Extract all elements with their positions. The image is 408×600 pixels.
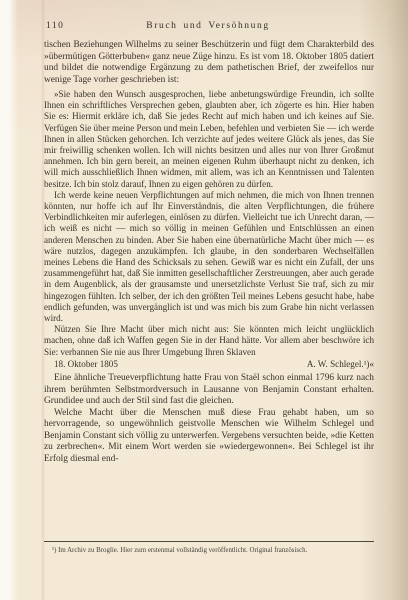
footnote-rule <box>44 541 374 542</box>
book-page-scan: 110 Bruch und Versöhnung tischen Beziehu… <box>0 0 408 600</box>
paragraph-intro: tischen Beziehungen Wilhelms zu seiner B… <box>44 40 374 86</box>
running-header: 110 Bruch und Versöhnung <box>44 21 372 35</box>
letter-paragraph: »Sie haben den Wunsch ausgesprochen, lie… <box>44 89 374 190</box>
body-text: tischen Beziehungen Wilhelms zu seiner B… <box>44 40 374 465</box>
letter-paragraph: Ich werde keine neuen Verpflichtungen au… <box>44 190 374 324</box>
letter-date: 18. Oktober 1805 <box>54 359 118 370</box>
letter-signature-line: 18. Oktober 1805 A. W. Schlegel.¹)« <box>44 359 374 370</box>
paragraph-commentary: Welche Macht über die Menschen muß diese… <box>44 408 374 466</box>
letter-quotation: »Sie haben den Wunsch ausgesprochen, lie… <box>44 89 374 370</box>
running-header-title: Bruch und Versöhnung <box>44 21 372 31</box>
paragraph-commentary: Eine ähnliche Treueverpflichtung hatte F… <box>44 373 374 408</box>
footnote: ¹) Im Archiv zu Broglie. Hier zum ersten… <box>44 546 374 555</box>
letter-paragraph: Nützen Sie Ihre Macht über mich nicht au… <box>44 324 374 358</box>
letter-signature: A. W. Schlegel.¹)« <box>307 359 374 370</box>
